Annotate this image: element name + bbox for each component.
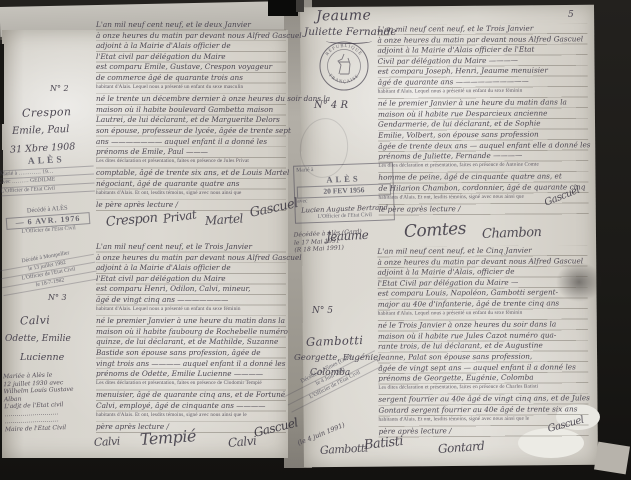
act-text-line: quinze, de lui déclarant, et de Mathilde… <box>96 337 286 348</box>
act-text-line: L'an mil neuf cent neuf, et le Trois Jan… <box>96 242 286 253</box>
signature: Jeaume <box>326 228 369 244</box>
act-text-line: prénoms de Emile, Paul ——— <box>96 147 286 158</box>
act-text-line: habitant d'Alais. Lequel nous a présenté… <box>96 84 286 95</box>
act-number: N° 5 <box>312 306 333 316</box>
act-text-line: adjoint à la Mairie d'Alais officier de <box>96 263 286 274</box>
margin-given-names: Lucienne <box>20 352 64 363</box>
binding-clip <box>268 0 298 16</box>
act-text-line: maison où il habite boulevard Gambetta m… <box>96 105 286 116</box>
act-text-line: Calvi, employé, âgé de cinquante ans ———… <box>96 401 286 412</box>
act-text-line: Les dites déclaration et présentation, f… <box>96 380 286 391</box>
birth-act-gambotti: L'an mil neuf cent neuf, et le Cinq Janv… <box>377 245 588 437</box>
act-text-line: à onze heures du matin par devant nous A… <box>96 253 286 264</box>
page-number: 5 <box>568 10 574 20</box>
act-text-line: Les dites déclaration et présentation, f… <box>96 158 286 169</box>
signature: Gambotti <box>320 442 368 457</box>
act-text-line: Lautrei, de lui déclarant, et de Marguer… <box>96 115 286 126</box>
binding-clip-shadow <box>296 0 304 12</box>
act-text-line: l'Etat civil par délégation du Maire <box>96 52 286 63</box>
signature: Martel <box>205 211 244 228</box>
header-surname: Jeaume <box>316 8 372 25</box>
act-text-line: le père après lecture / <box>379 203 589 215</box>
act-text-line: vingt trois ans ———— auquel enfant il a … <box>96 359 286 370</box>
act-text-line: adjoint à la Mairie d'Alais officier de <box>96 41 286 52</box>
act-text-line: menuisier, âgé de quarante cinq ans, et … <box>96 390 286 401</box>
act-text-line: l'Etat civil par délégation du Maire <box>96 274 286 285</box>
act-text-line: né le premier Janvier à une heure du mat… <box>96 316 286 327</box>
act-number: N° 4 R <box>314 100 348 111</box>
act-text-line: habitant d'Alais. Lequel nous a présenté… <box>96 306 286 317</box>
margin-surname: Calvi <box>20 313 51 327</box>
signature: Comtes <box>403 219 466 242</box>
seal-text-bottom: FRANÇAISE <box>328 73 360 84</box>
birth-act-crespon: L'an mil neuf cent neuf, et le deux Janv… <box>96 20 286 211</box>
republique-francaise-seal-icon: RÉPUBLIQUE FRANÇAISE <box>318 40 370 92</box>
birth-act-jeaume: L'an mil neuf cent neuf, et le Trois Jan… <box>377 23 588 215</box>
act-text-line: ans ——————— auquel enfant il a donné les <box>96 137 286 148</box>
act-text-line: âgé de vingt cinq ans ——————— <box>96 295 286 306</box>
margin-surname: Crespon <box>22 105 72 120</box>
act-number: N° 2 <box>50 84 69 93</box>
act-text-line: à onze heures du matin par devant nous A… <box>96 31 286 42</box>
signature: Calvi <box>227 434 256 450</box>
act-text-line: est comparu Emile, Gustave, Crespon voya… <box>96 62 286 73</box>
svg-text:FRANÇAISE: FRANÇAISE <box>328 73 360 84</box>
act-text-line: de commerce âgé de quarante trois ans <box>96 73 286 84</box>
signature: Chambon <box>482 225 542 242</box>
margin-given-names: Odette, Emilie <box>5 334 71 344</box>
act-text-line: habitants d'Alais. Et ont, lesdits témoi… <box>96 190 286 201</box>
seal-figure <box>338 54 350 74</box>
marriage-margin-note: Mariée à Alès le12 juillet 1930 avecWilh… <box>3 371 75 433</box>
margin-surname: Gambotti <box>306 333 364 349</box>
act-text-line: comptable, âgé de trente six ans, et de … <box>96 168 286 179</box>
act-text-line: né le trente un décembre dernier à onze … <box>96 94 286 105</box>
act-text-line: L'an mil neuf cent neuf, et le deux Janv… <box>96 20 286 31</box>
birth-act-calvi: L'an mil neuf cent neuf, et le Trois Jan… <box>96 242 286 433</box>
act-text-line: son épouse, professeur de lycée, âgée de… <box>96 126 286 137</box>
act-text-line: est comparu Henri, Odilon, Calvi, mineur… <box>96 284 286 295</box>
scan-edge-mark <box>0 44 4 124</box>
death-mention-stamp-ales: Décédé à ALÈS— 6 AVR. 1976L'Officier de … <box>5 203 91 238</box>
act-text-line: négociant, âgé de quarante quatre ans <box>96 179 286 190</box>
act-text-line: Bastide son épouse sans profession, âgée… <box>96 348 286 359</box>
marriage-mention-stamp: ALÈSMarié à ………… 19…avec ……… GEDILMEL'Of… <box>0 153 95 197</box>
register-scan: N° 2 Crespon Emile, Paul 31 Xbre 1908 AL… <box>0 0 631 480</box>
act-text-line: maison où il habite faubourg de Rochebel… <box>96 327 286 338</box>
act-text-line: habitants d'Alais. Et ont, lesdits témoi… <box>96 412 286 423</box>
margin-given-names: Emile, Paul <box>12 124 70 137</box>
act-text-line: prénoms de Odette, Emilie Lucienne ———— <box>96 369 286 380</box>
signature: Tempié <box>139 426 196 449</box>
act-number: N° 3 <box>48 293 67 302</box>
signature: Calvi <box>94 435 120 449</box>
under-page-corner <box>594 442 630 475</box>
